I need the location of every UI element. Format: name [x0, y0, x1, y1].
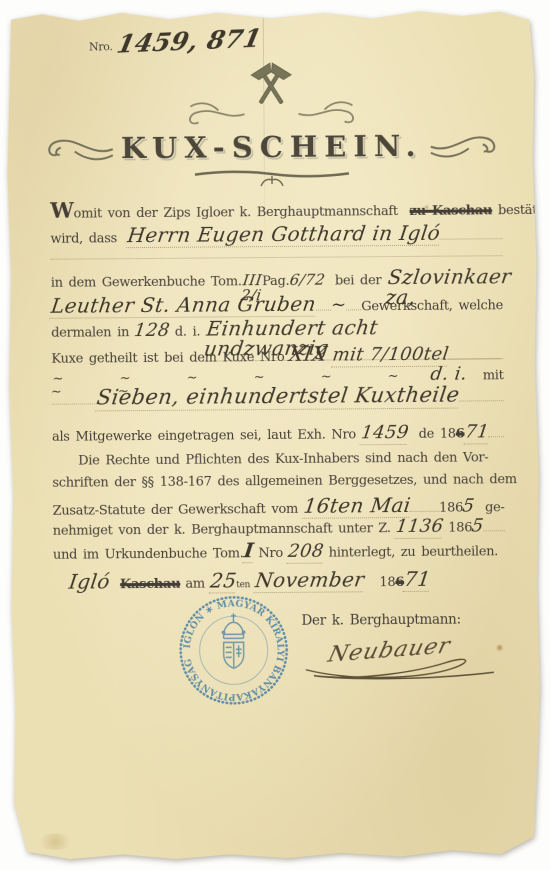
certificate-document: Nro. 1459, 871 [5, 8, 544, 862]
title-underline-flourish-icon [187, 167, 357, 192]
mining-hammers-icon [156, 55, 387, 129]
doc-number-label: Nro. [89, 40, 113, 53]
handwritten-year: 71 [463, 423, 490, 444]
handwritten-owner-name: Herrn Eugen Gotthard in Igló [126, 223, 442, 248]
printed-text: Zusatz-Statute der Gewerkschaft vom [53, 502, 299, 519]
flourish-right-icon [428, 124, 502, 167]
printed-text: omit von der Zips Igloer k. Berghauptman… [73, 204, 397, 222]
printed-text: de 18 [419, 427, 456, 442]
printed-text: hinterlegt, zu beurtheilen. [329, 544, 498, 560]
printed-text: wird, dass [50, 231, 117, 247]
flourish-left-icon [41, 127, 115, 170]
printed-text: dermalen in [51, 325, 129, 341]
date-line: Igló Kaschau am 25ten November 18671 [69, 568, 505, 594]
printed-text: und im Urkundenbuche Tom. [53, 546, 244, 562]
handwritten-month: November [254, 569, 366, 593]
ruled-fill-line [484, 516, 505, 531]
handwritten-statute-date: 16ten Mai [302, 495, 412, 519]
ruled-fill-line [448, 344, 503, 359]
printed-text: 186 [448, 520, 472, 535]
printed-text: als Mitgewerke eingetragen sei, laut Exh… [52, 427, 356, 444]
body-line-5: Leuther St. Anna Gruben ~ Gewerkschaft, … [51, 292, 503, 319]
handwritten-share-words: Sieben, einhundertstel Kuxtheile [95, 385, 461, 412]
body-line-2: wird, dass Herrn Eugen Gotthard in Igló [50, 222, 502, 249]
ruled-fill-line [52, 389, 97, 404]
handwritten-kux-count: 128 [133, 322, 171, 340]
ruled-fill-line [316, 296, 331, 311]
printed-text: Pag. [262, 274, 289, 289]
paper-sheet: Nro. 1459, 871 [5, 8, 544, 862]
printed-text: 18 [379, 575, 395, 590]
handwritten-kux-number: XIX [288, 344, 328, 364]
ruled-fill-line [488, 422, 504, 437]
handwritten-day: 25 [208, 570, 237, 593]
printed-text: d. i. [175, 325, 201, 340]
struck-place-kaschau: Kaschau [120, 577, 180, 592]
handwritten-digit: 5 [471, 517, 485, 535]
officer-block: Der k. Berghauptmann: Neubauer [301, 608, 527, 690]
handwritten-z-number: 1136 [394, 518, 444, 539]
body-line-1: Womit von der Zips Igloer k. Berghauptma… [50, 194, 502, 223]
drop-cap: W [50, 198, 73, 223]
officer-title-label: Der k. Berghauptmann: [301, 612, 460, 629]
empty-ruled-line [51, 254, 503, 260]
body-line-11: Die Rechte und Pflichten des Kux-Inhaber… [52, 450, 504, 469]
printed-text: Gewerkschaft, welche [361, 298, 503, 314]
handwritten-urkunden-number: 208 [287, 543, 325, 564]
handwritten-year: 71 [403, 569, 432, 592]
body-line-9: Sieben, einhundertstel Kuxtheile [52, 384, 504, 412]
printed-text: mit [483, 368, 504, 383]
printed-text: bei der [335, 273, 382, 288]
squiggle-mark: ~ [330, 296, 348, 314]
handwritten-di: d. i. [430, 365, 469, 383]
printed-text: in dem Gewerkenbuche Tom. [51, 274, 242, 290]
struck-text-zu-kaschau: zu Kaschau [409, 203, 492, 219]
line-text: Womit von der Zips Igloer k. Berghauptma… [50, 194, 550, 223]
ornamental-header: KUX-SCHEIN. [5, 54, 538, 198]
handwritten-urkunden-tom: I [242, 540, 255, 563]
printed-text: nehmiget von der k. Berghauptmannschaft … [53, 521, 391, 539]
doc-number: Nro. 1459, 871 [89, 28, 261, 54]
ruled-fill-line [410, 497, 439, 512]
ruled-fill-line [459, 386, 504, 401]
printed-text: ge- [485, 500, 505, 515]
printed-text: 186 [439, 501, 463, 516]
ruled-fill-line [440, 224, 503, 239]
stamp-crown-and-shield-icon [222, 613, 245, 668]
doc-number-value: 1459, 871 [114, 26, 263, 57]
handwritten-pag: 6/72 [288, 273, 325, 288]
printed-text: Nro [258, 546, 283, 561]
printed-text: am [185, 577, 205, 592]
printed-text: bestätiget [498, 203, 550, 218]
handwritten-exh-number: 1459 [360, 424, 410, 445]
certificate-title: KUX-SCHEIN. [121, 129, 423, 165]
corner-stain [37, 834, 73, 850]
handwritten-place: Igló [68, 571, 111, 591]
body-line-15: und im Urkundenbuche Tom. I Nro 208 hint… [53, 538, 505, 566]
body-line-10: als Mitgewerke eingetragen sei, laut Exh… [52, 422, 504, 448]
official-stamp: IGLÓN ✶ MAGYAR KIRÁLYI BÁNYAKAPITÁNYSÁG [175, 592, 292, 709]
handwritten-digit: 5 [462, 497, 476, 515]
body-line-12: schriften der §§ 138-167 des allgemeinen… [52, 472, 504, 491]
printed-text: Kuxe getheilt ist bei dem Kuxe Nro [51, 350, 284, 367]
ruled-fill-line [346, 295, 361, 310]
ordinal-suffix: ten [236, 580, 250, 590]
